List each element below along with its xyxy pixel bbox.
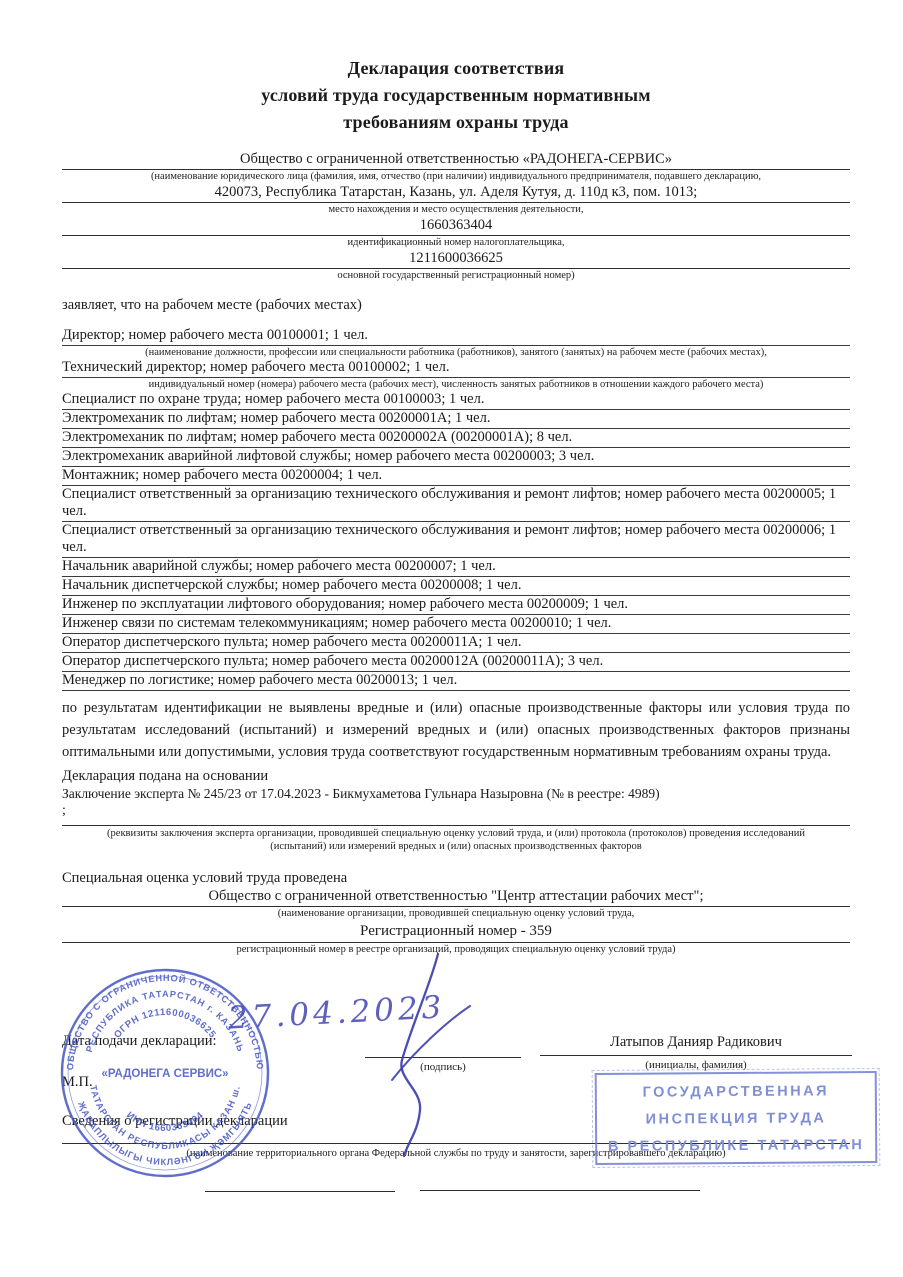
rect-stamp-line-3: В РЕСПУБЛИКЕ ТАТАРСТАН bbox=[597, 1132, 875, 1161]
workplace-row: Менеджер по логистике; номер рабочего ме… bbox=[62, 672, 850, 691]
rect-stamp-line-1: ГОСУДАРСТВЕННАЯ bbox=[597, 1078, 875, 1107]
org-address-value: 420073, Республика Татарстан, Казань, ул… bbox=[62, 183, 850, 203]
org-name-caption: (наименование юридического лица (фамилия… bbox=[62, 170, 850, 183]
org-ogrn-field: 1211600036625 основной государственный р… bbox=[62, 249, 850, 282]
workplace-row: Специалист ответственный за организацию … bbox=[62, 522, 850, 558]
org-inn-field: 1660363404 идентификационный номер налог… bbox=[62, 216, 850, 249]
workplace-caption-number: индивидуальный номер (номера) рабочего м… bbox=[62, 378, 850, 391]
doc-title-line-2: условий труда государственным нормативны… bbox=[62, 82, 850, 109]
signature-main-stroke bbox=[401, 954, 438, 1156]
stamp-inn-text: ИНН 1660363404 bbox=[124, 1110, 206, 1134]
basis-underline bbox=[62, 825, 850, 826]
stamp-ogrn-text: ОГРН 1211600036625 bbox=[112, 1007, 218, 1041]
workplace-row: Электромеханик аварийной лифтовой службы… bbox=[62, 448, 850, 467]
signer-name-caption: (инициалы, фамилия) bbox=[540, 1059, 852, 1071]
workplace-row: Технический директор; номер рабочего мес… bbox=[62, 359, 850, 378]
org-name-value: Общество с ограниченной ответственностью… bbox=[62, 150, 850, 170]
workplace-row: Специалист по охране труда; номер рабоче… bbox=[62, 391, 850, 410]
doc-title-line-1: Декларация соответствия bbox=[62, 55, 850, 82]
org-name-field: Общество с ограниченной ответственностью… bbox=[62, 150, 850, 183]
workplace-row: Инженер по эксплуатации лифтового оборуд… bbox=[62, 596, 850, 615]
doc-title: Декларация соответствия условий труда го… bbox=[62, 55, 850, 136]
signature-stroke bbox=[370, 890, 500, 1170]
workplace-row: Монтажник; номер рабочего места 00200004… bbox=[62, 467, 850, 486]
workplace-row: Электромеханик по лифтам; номер рабочего… bbox=[62, 410, 850, 429]
workplace-caption-position: (наименование должности, профессии или с… bbox=[62, 346, 850, 359]
signer-name: Латыпов Данияр Радикович bbox=[540, 1034, 852, 1051]
org-inn-value: 1660363404 bbox=[62, 216, 850, 236]
stamp-outer-top-text: ОБЩЕСТВО С ОГРАНИЧЕННОЙ ОТВЕТСТВЕННОСТЬЮ bbox=[65, 973, 265, 1071]
rect-stamp-line-2: ИНСПЕКЦИЯ ТРУДА bbox=[597, 1105, 875, 1134]
workplace-row: Начальник диспетчерской службы; номер ра… bbox=[62, 577, 850, 596]
workplace-row: Электромеханик по лифтам; номер рабочего… bbox=[62, 429, 850, 448]
org-ogrn-caption: основной государственный регистрационный… bbox=[62, 269, 850, 282]
blank-line-1 bbox=[205, 1191, 395, 1192]
basis-terminator: ; bbox=[62, 802, 850, 819]
workplace-row: Оператор диспетчерского пульта; номер ра… bbox=[62, 653, 850, 672]
blank-line-2 bbox=[420, 1190, 700, 1191]
basis-caption: (реквизиты заключения эксперта организац… bbox=[91, 827, 821, 853]
conclusion-paragraph: по результатам идентификации не выявлены… bbox=[62, 697, 850, 763]
workplace-row: Начальник аварийной службы; номер рабоче… bbox=[62, 558, 850, 577]
org-ogrn-value: 1211600036625 bbox=[62, 249, 850, 269]
stamp-center-text: «РАДОНЕГА СЕРВИС» bbox=[101, 1068, 228, 1080]
org-address-caption: место нахождения и место осуществления д… bbox=[62, 203, 850, 216]
declaration-intro: заявляет, что на рабочем месте (рабочих … bbox=[62, 296, 850, 314]
workplace-row: Директор; номер рабочего места 00100001;… bbox=[62, 327, 850, 346]
workplace-row: Инженер связи по системам телекоммуникац… bbox=[62, 615, 850, 634]
workplace-row: Специалист ответственный за организацию … bbox=[62, 486, 850, 522]
document-page: Декларация соответствия условий труда го… bbox=[0, 0, 903, 1277]
svg-text:ОГРН 1211600036625: ОГРН 1211600036625 bbox=[112, 1007, 218, 1041]
doc-title-line-3: требованиям охраны труда bbox=[62, 109, 850, 136]
org-address-field: 420073, Республика Татарстан, Казань, ул… bbox=[62, 183, 850, 216]
content-column: Декларация соответствия условий труда го… bbox=[62, 55, 850, 956]
signer-name-line bbox=[540, 1055, 852, 1056]
svg-text:ИНН 1660363404: ИНН 1660363404 bbox=[124, 1110, 206, 1134]
signature-slash-stroke bbox=[392, 1006, 470, 1080]
inspection-rect-stamp: ГОСУДАРСТВЕННАЯ ИНСПЕКЦИЯ ТРУДА В РЕСПУБ… bbox=[595, 1071, 878, 1165]
workplace-row: Оператор диспетчерского пульта; номер ра… bbox=[62, 634, 850, 653]
company-round-stamp: ОБЩЕСТВО С ОГРАНИЧЕННОЙ ОТВЕТСТВЕННОСТЬЮ… bbox=[54, 962, 276, 1184]
basis-label: Декларация подана на основании bbox=[62, 767, 850, 785]
basis-expert: Заключение эксперта № 245/23 от 17.04.20… bbox=[62, 785, 850, 802]
svg-text:ОБЩЕСТВО С ОГРАНИЧЕННОЙ ОТВЕТС: ОБЩЕСТВО С ОГРАНИЧЕННОЙ ОТВЕТСТВЕННОСТЬЮ bbox=[65, 973, 265, 1071]
sout-label: Специальная оценка условий труда проведе… bbox=[62, 869, 850, 887]
org-inn-caption: идентификационный номер налогоплательщик… bbox=[62, 236, 850, 249]
workplace-list: Директор; номер рабочего места 00100001;… bbox=[62, 327, 850, 691]
